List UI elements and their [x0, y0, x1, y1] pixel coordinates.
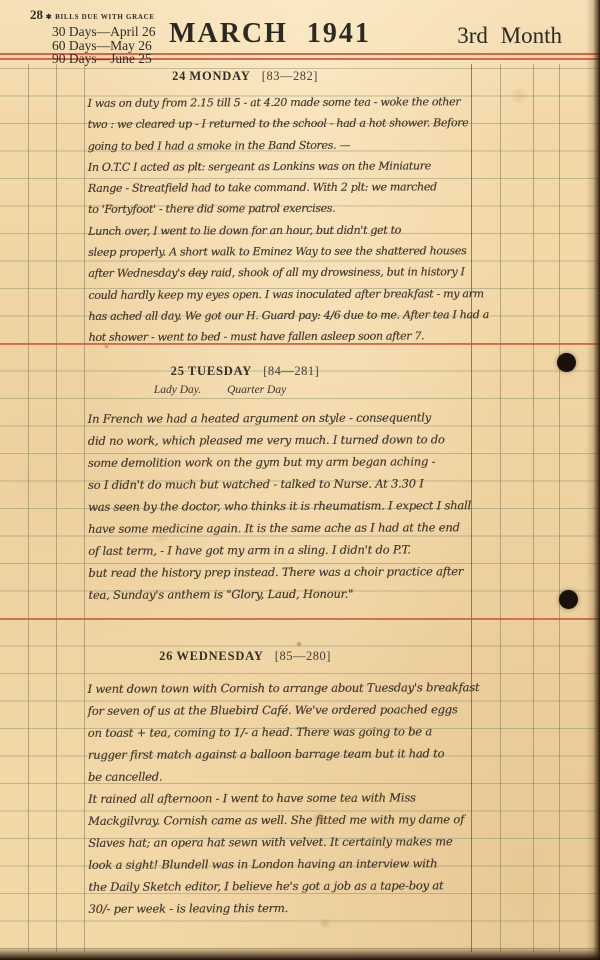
day-of-year-index: [85—280]	[275, 649, 331, 663]
diary-entry-tuesday-25: In French we had a heated argument on st…	[88, 406, 489, 606]
entry-line: Slaves hat; an opera hat sewn with velve…	[88, 830, 488, 854]
entry-line: of last term, - I have got my arm in a s…	[88, 538, 488, 562]
day-of-year-index: [83—282]	[262, 69, 318, 83]
entry-line: It rained all afternoon - I went to have…	[88, 786, 488, 810]
entry-line: after Wednesday's d̶a̶y̶ raid, shook of …	[88, 262, 488, 285]
entry-line: the Daily Sketch editor, I believe he's …	[88, 874, 488, 898]
entry-line: I was on duty from 2.15 till 5 - at 4.20…	[87, 91, 487, 114]
day-header-wednesday-26: 26 WEDNESDAY [85—280]	[0, 649, 490, 664]
entry-line: some demolition work on the gym but my a…	[88, 450, 488, 474]
entry-line: tea, Sunday's anthem is "Glory, Laud, Ho…	[88, 582, 488, 606]
day-number: 25	[171, 364, 185, 378]
entry-line: Mackgilvray. Cornish came as well. She f…	[88, 808, 488, 832]
punch-hole-top	[557, 353, 576, 372]
section-red-rule-2	[0, 618, 600, 620]
note-lady-day: Lady Day.	[154, 384, 201, 396]
cash-column-line-4	[559, 64, 560, 952]
entry-line: Range - Streatfield had to take command.…	[88, 176, 488, 199]
entry-line: Lunch over, I went to lie down for an ho…	[88, 219, 488, 242]
entry-line: sleep properly. A short walk to Eminez W…	[88, 240, 488, 263]
entry-line: I went down town with Cornish to arrange…	[87, 676, 487, 700]
entry-line: In O.T.C I acted as plt: sergeant as Lon…	[88, 155, 488, 178]
diary-entry-monday-24: I was on duty from 2.15 till 5 - at 4.20…	[87, 91, 488, 348]
day-name: MONDAY	[189, 69, 250, 83]
entry-line: so I didn't do much but watched - talked…	[88, 472, 488, 496]
month-ordinal: 3rd Month	[457, 23, 562, 49]
entry-line: rugger first match against a balloon bar…	[88, 742, 488, 766]
cash-column-line-3	[533, 64, 534, 952]
margin-line-left-3	[84, 64, 85, 952]
entry-line: going to bed I had a smoke in the Band S…	[88, 134, 488, 157]
entry-line: on toast + tea, coming to 1/- a head. Th…	[88, 720, 488, 744]
entry-line: did no work, which pleased me very much.…	[88, 428, 488, 452]
entry-line: have some medicine again. It is the same…	[88, 516, 488, 540]
margin-line-left-2	[56, 64, 57, 952]
cash-column-line-2	[500, 64, 501, 952]
day-note-lady-day: Lady Day.Quarter Day	[0, 384, 440, 396]
day-number: 24	[172, 69, 186, 83]
entry-line: two : we cleared up - I returned to the …	[88, 112, 488, 135]
entry-line: look a sight! Blundell was in London hav…	[88, 852, 488, 876]
entry-line: could hardly keep my eyes open. I was in…	[88, 283, 488, 306]
day-of-year-index: [84—281]	[263, 364, 319, 378]
margin-line-left-1	[28, 64, 29, 952]
note-quarter-day: Quarter Day	[227, 384, 286, 396]
entry-line: hot shower - went to bed - must have fal…	[88, 325, 488, 348]
punch-hole-bottom	[559, 590, 578, 609]
day-name: WEDNESDAY	[176, 649, 263, 663]
entry-line: to 'Fortyfoot' - there did some patrol e…	[88, 198, 488, 221]
entry-line: but read the history prep instead. There…	[88, 560, 488, 584]
entry-line: In French we had a heated argument on st…	[88, 406, 488, 430]
bills-row-90: 90 Days—June 25	[52, 52, 156, 66]
entry-line: be cancelled.	[88, 764, 488, 788]
diary-entry-wednesday-26: I went down town with Cornish to arrange…	[87, 676, 488, 920]
diary-page-scan: 28 ✱ BILLS DUE WITH GRACE 30 Days—April …	[0, 0, 600, 960]
day-header-tuesday-25: 25 TUESDAY [84—281]	[0, 364, 490, 379]
entry-line: for seven of us at the Bluebird Café. We…	[88, 698, 488, 722]
entry-line: has ached all day. We got our H. Guard p…	[88, 304, 488, 327]
entry-line: was seen by the doctor, who thinks it is…	[88, 494, 488, 518]
entry-line: 30/- per week - is leaving this term.	[88, 896, 488, 920]
day-header-monday-24: 24 MONDAY [83—282]	[0, 69, 490, 84]
day-name: TUESDAY	[188, 364, 252, 378]
day-number: 26	[159, 649, 173, 663]
